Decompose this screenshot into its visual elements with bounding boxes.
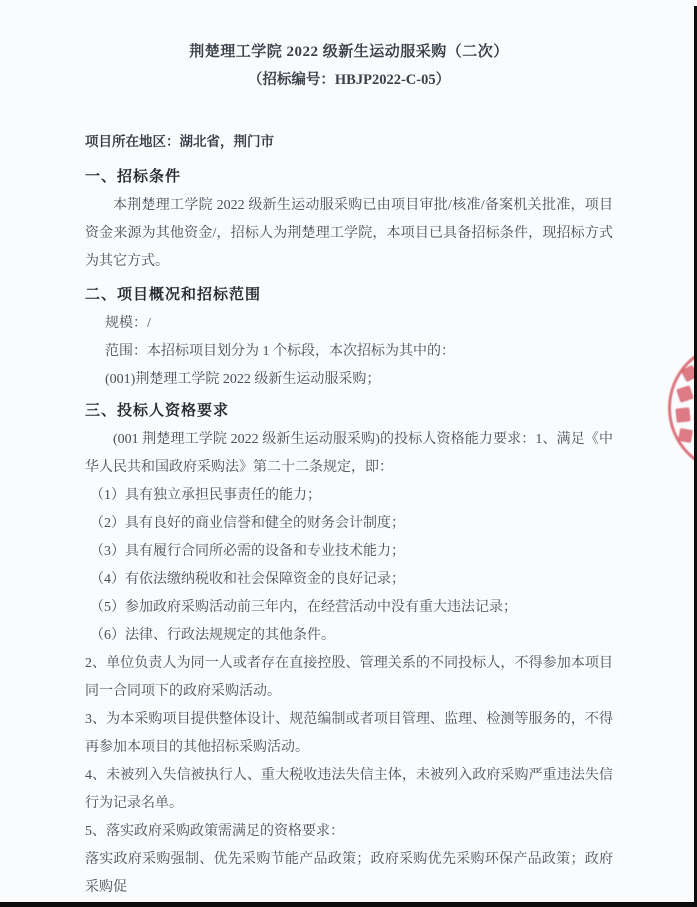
document-title: 荆楚理工学院 2022 级新生运动服采购（二次） — [85, 38, 613, 66]
qualification-item-4: （4）有依法缴纳税收和社会保障资金的良好记录； — [85, 566, 613, 594]
seal-glyph-mark — [676, 385, 694, 403]
qualification-clause-5: 5、落实政府采购政策需满足的资格要求： — [85, 818, 613, 846]
qualification-item-3: （3）具有履行合同所必需的设备和专业技术能力； — [85, 538, 613, 566]
qualification-clause-3: 3、为本采购项目提供整体设计、规范编制或者项目管理、监理、检测等服务的，不得再参… — [85, 706, 613, 762]
qualification-clause-2: 2、单位负责人为同一人或者存在直接控股、管理关系的不同投标人，不得参加本项目同一… — [85, 650, 613, 706]
section-2-heading: 二、项目概况和招标范围 — [85, 280, 613, 310]
lot-001-line: (001)荆楚理工学院 2022 级新生运动服采购； — [85, 366, 613, 394]
qualification-item-5: （5）参加政府采购活动前三年内，在经营活动中没有重大违法记录； — [85, 594, 613, 622]
qualification-intro: (001 荆楚理工学院 2022 级新生运动服采购)的投标人资格能力要求：1、满… — [85, 426, 613, 482]
project-location-line: 项目所在地区：湖北省，荆门市 — [85, 128, 613, 156]
section-1-body: 本荆楚理工学院 2022 级新生运动服采购已由项目审批/核准/备案机关批准，项目… — [85, 192, 613, 276]
qualification-item-6: （6）法律、行政法规规定的其他条件。 — [85, 622, 613, 650]
document-content: 荆楚理工学院 2022 级新生运动服采购（二次） （招标编号：HBJP2022-… — [85, 38, 613, 902]
qualification-item-2: （2）具有良好的商业信誉和健全的财务会计制度； — [85, 510, 613, 538]
policy-implementation-line: 落实政府采购强制、优先采购节能产品政策；政府采购优先采购环保产品政策；政府采购促 — [85, 846, 613, 902]
tender-reference-number: （招标编号：HBJP2022-C-05） — [85, 66, 613, 94]
qualification-item-1: （1）具有独立承担民事责任的能力； — [85, 482, 613, 510]
seal-glyph-mark — [675, 407, 690, 422]
scan-edge-bottom — [0, 902, 697, 907]
project-scope-line: 范围：本招标项目划分为 1 个标段，本次招标为其中的： — [85, 338, 613, 366]
qualification-clause-4: 4、未被列入失信被执行人、重大税收违法失信主体，未被列入政府采购严重违法失信行为… — [85, 762, 613, 818]
seal-glyph-mark — [678, 428, 693, 443]
official-seal-stamp — [668, 342, 697, 474]
scanned-tender-document-page: 荆楚理工学院 2022 级新生运动服采购（二次） （招标编号：HBJP2022-… — [0, 0, 697, 907]
section-1-heading: 一、招标条件 — [85, 162, 613, 192]
project-scale-line: 规模：/ — [85, 310, 613, 338]
section-3-heading: 三、投标人资格要求 — [85, 396, 613, 426]
